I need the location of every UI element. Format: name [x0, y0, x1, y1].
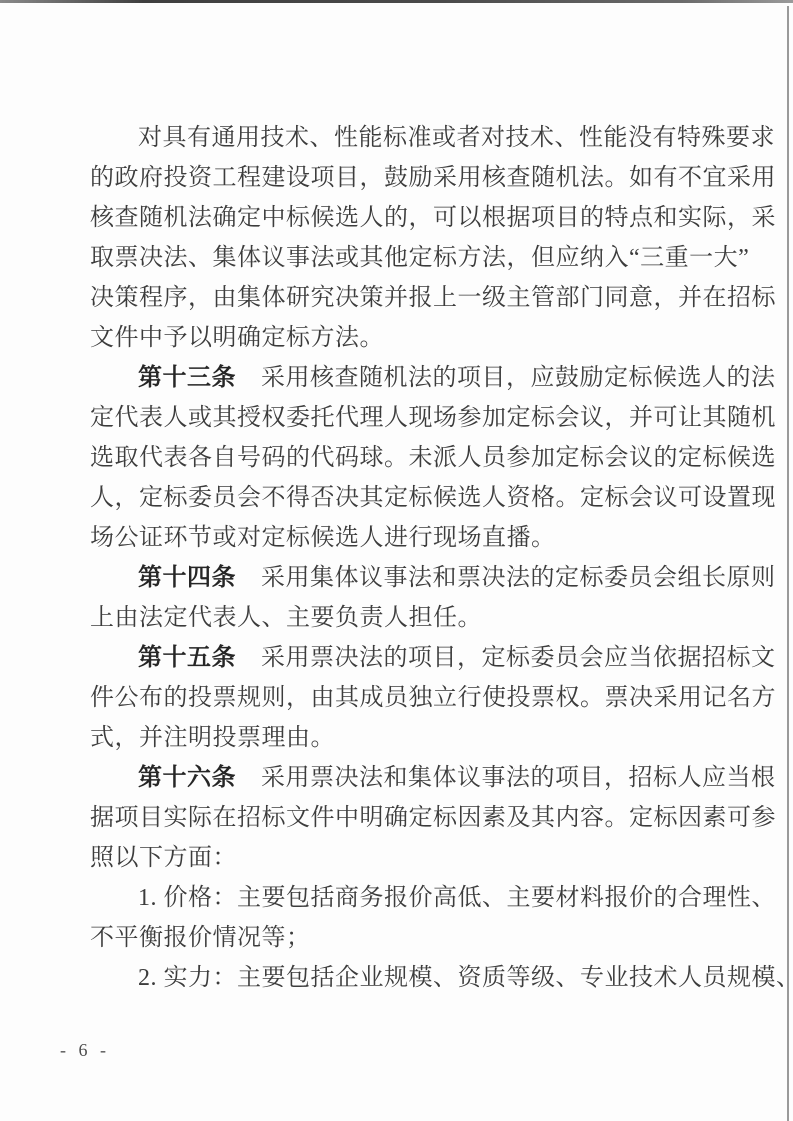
text-line: 人，定标委员会不得否决其定标候选人资格。定标会议可设置现 — [90, 478, 722, 518]
text-line: 照以下方面： — [90, 838, 722, 878]
line-text: 2. 实力：主要包括企业规模、资质等级、专业技术人员规模、 — [138, 965, 793, 991]
article-heading: 第十五条 — [138, 645, 236, 671]
line-text: 人，定标委员会不得否决其定标候选人资格。定标会议可设置现 — [90, 485, 776, 511]
line-text: 取票决法、集体议事法或其他定标方法，但应纳入“三重一大” — [90, 245, 749, 271]
text-line: 2. 实力：主要包括企业规模、资质等级、专业技术人员规模、 — [90, 958, 722, 998]
text-line: 第十三条采用核查随机法的项目，应鼓励定标候选人的法 — [90, 358, 722, 398]
line-text: 决策程序，由集体研究决策并报上一级主管部门同意，并在招标 — [90, 285, 776, 311]
line-text: 式，并注明投票理由。 — [90, 725, 335, 751]
line-text: 文件中予以明确定标方法。 — [90, 325, 384, 351]
line-text: 采用集体议事法和票决法的定标委员会组长原则 — [261, 565, 776, 591]
text-line: 第十五条采用票决法的项目，定标委员会应当依据招标文 — [90, 638, 722, 678]
line-text: 1. 价格：主要包括商务报价高低、主要材料报价的合理性、 — [138, 885, 776, 911]
text-line: 第十四条采用集体议事法和票决法的定标委员会组长原则 — [90, 558, 722, 598]
text-line: 不平衡报价情况等； — [90, 918, 722, 958]
article-heading: 第十四条 — [138, 565, 236, 591]
line-text: 核查随机法确定中标候选人的，可以根据项目的特点和实际，采 — [90, 205, 776, 231]
line-text: 上由法定代表人、主要负责人担任。 — [90, 605, 482, 631]
line-text: 场公证环节或对定标候选人进行现场直播。 — [90, 525, 556, 551]
text-line: 的政府投资工程建设项目，鼓励采用核查随机法。如有不宜采用 — [90, 158, 722, 198]
text-line: 取票决法、集体议事法或其他定标方法，但应纳入“三重一大” — [90, 238, 722, 278]
line-text: 的政府投资工程建设项目，鼓励采用核查随机法。如有不宜采用 — [90, 165, 776, 191]
line-text: 采用核查随机法的项目，应鼓励定标候选人的法 — [261, 365, 776, 391]
line-text: 采用票决法的项目，定标委员会应当依据招标文 — [261, 645, 776, 671]
line-text: 据项目实际在招标文件中明确定标因素及其内容。定标因素可参 — [90, 805, 776, 831]
line-text: 选取代表各自号码的代码球。未派人员参加定标会议的定标候选 — [90, 445, 776, 471]
article-heading: 第十三条 — [138, 365, 236, 391]
text-line: 第十六条采用票决法和集体议事法的项目，招标人应当根 — [90, 758, 722, 798]
page-number: - 6 - — [60, 1040, 110, 1061]
text-line: 选取代表各自号码的代码球。未派人员参加定标会议的定标候选 — [90, 438, 722, 478]
line-text: 照以下方面： — [90, 845, 237, 871]
article-heading: 第十六条 — [138, 765, 236, 791]
scan-artifact-right-edge — [787, 6, 789, 1121]
text-line: 上由法定代表人、主要负责人担任。 — [90, 598, 722, 638]
line-text: 采用票决法和集体议事法的项目，招标人应当根 — [261, 765, 776, 791]
scanned-document-page: 对具有通用技术、性能标准或者对技术、性能没有特殊要求 的政府投资工程建设项目，鼓… — [0, 0, 793, 1121]
text-line: 式，并注明投票理由。 — [90, 718, 722, 758]
line-text: 对具有通用技术、性能标准或者对技术、性能没有特殊要求 — [138, 125, 775, 151]
line-text: 件公布的投票规则，由其成员独立行使投票权。票决采用记名方 — [90, 685, 776, 711]
document-body: 对具有通用技术、性能标准或者对技术、性能没有特殊要求 的政府投资工程建设项目，鼓… — [90, 118, 722, 998]
text-line: 对具有通用技术、性能标准或者对技术、性能没有特殊要求 — [90, 118, 722, 158]
line-text: 定代表人或其授权委托代理人现场参加定标会议，并可让其随机 — [90, 405, 776, 431]
text-line: 决策程序，由集体研究决策并报上一级主管部门同意，并在招标 — [90, 278, 722, 318]
text-line: 件公布的投票规则，由其成员独立行使投票权。票决采用记名方 — [90, 678, 722, 718]
text-line: 核查随机法确定中标候选人的，可以根据项目的特点和实际，采 — [90, 198, 722, 238]
scan-artifact-top-edge — [0, 0, 793, 3]
text-line: 文件中予以明确定标方法。 — [90, 318, 722, 358]
text-line: 1. 价格：主要包括商务报价高低、主要材料报价的合理性、 — [90, 878, 722, 918]
text-line: 据项目实际在招标文件中明确定标因素及其内容。定标因素可参 — [90, 798, 722, 838]
line-text: 不平衡报价情况等； — [90, 925, 311, 951]
text-line: 场公证环节或对定标候选人进行现场直播。 — [90, 518, 722, 558]
text-line: 定代表人或其授权委托代理人现场参加定标会议，并可让其随机 — [90, 398, 722, 438]
